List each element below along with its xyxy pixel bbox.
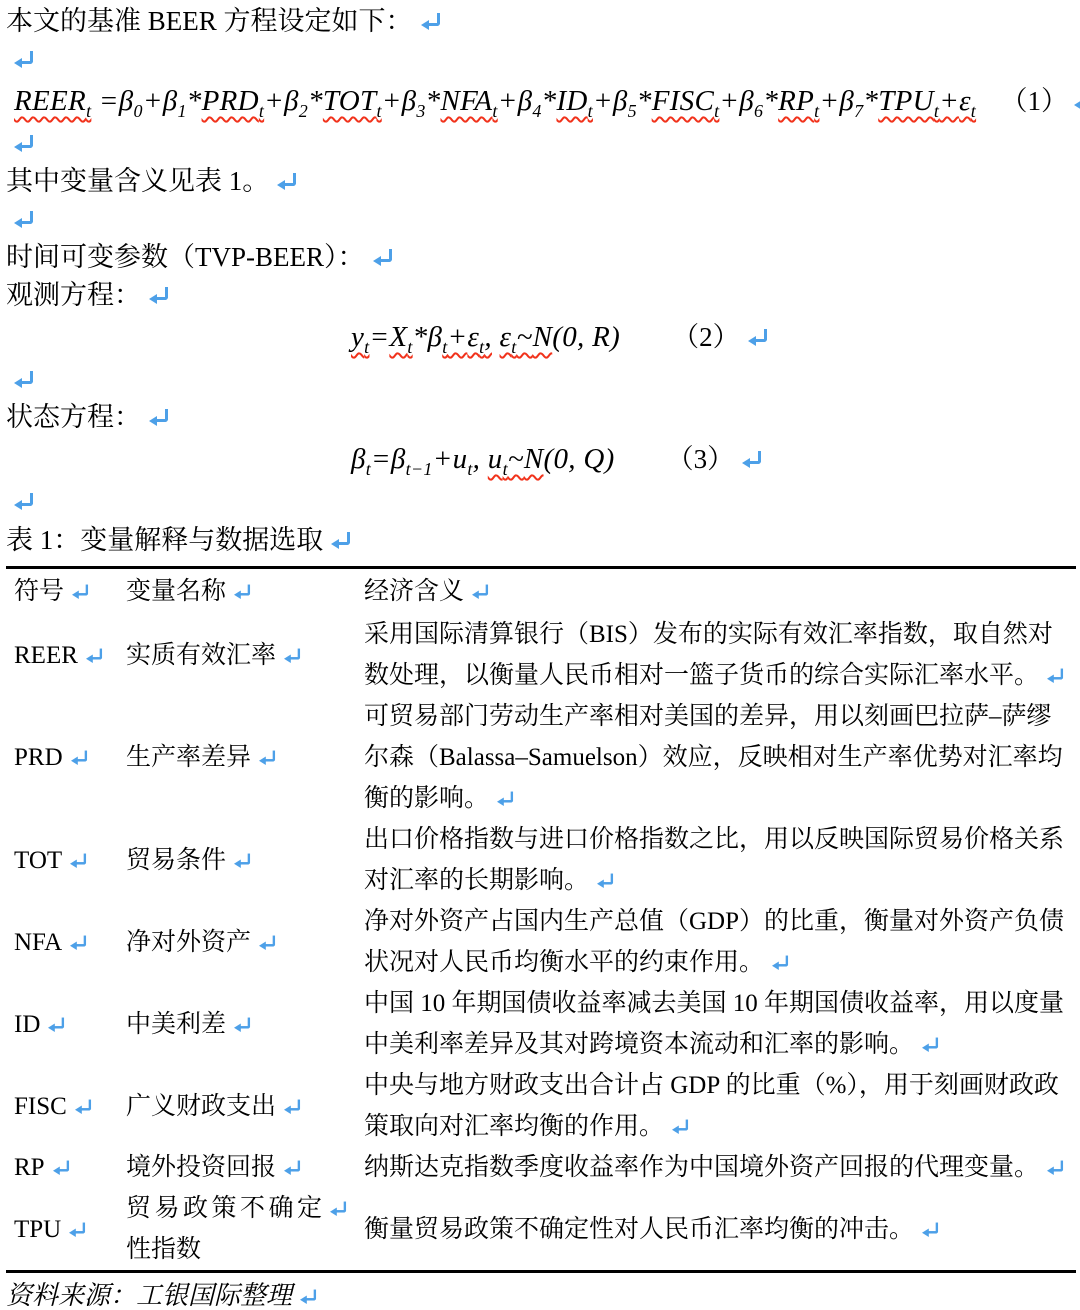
paragraph-mark-icon xyxy=(70,853,87,867)
equation-3-body: βt=βt−1+ut, ut~N(0, Q) xyxy=(351,436,615,482)
equation-3-number: （3） xyxy=(667,436,735,482)
paragraph-mark-icon xyxy=(300,1290,317,1304)
table-row: NFA 净对外资产 净对外资产占国内生产总值（GDP）的比重，衡量对外资产负债状… xyxy=(6,901,1076,983)
paragraph-mark-icon xyxy=(597,874,614,888)
symbol-cell: TPU xyxy=(6,1188,126,1272)
paragraph-mark-icon xyxy=(421,13,441,30)
paragraph-mark-icon xyxy=(14,493,34,510)
symbol-cell: NFA xyxy=(6,901,126,983)
paragraph-mark-icon xyxy=(14,51,34,68)
paragraph-mark-icon xyxy=(284,1099,301,1113)
paragraph-mark-icon xyxy=(234,1017,251,1031)
meaning-cell: 中央与地方财政支出合计占 GDP 的比重（%），用于刻画财政政策取向对汇率均衡的… xyxy=(364,1065,1076,1147)
paragraph-mark-icon xyxy=(70,935,87,949)
paragraph-mark-icon xyxy=(672,1120,689,1134)
symbol-cell: RP xyxy=(6,1147,126,1188)
meaning-cell: 净对外资产占国内生产总值（GDP）的比重，衡量对外资产负债状况对人民币均衡水平的… xyxy=(364,901,1076,983)
observation-label-text: 观测方程： xyxy=(6,280,141,310)
paragraph-mark-icon xyxy=(742,451,762,468)
paragraph-mark-icon xyxy=(72,585,89,599)
table-title: 表 1：变量解释与数据选取 xyxy=(6,520,1080,560)
equation-1-number: （1） xyxy=(1001,78,1069,124)
meaning-cell: 可贸易部门劳动生产率相对美国的差异，用以刻画巴拉萨–萨缪尔森（Balassa–S… xyxy=(364,696,1076,819)
empty-paragraph xyxy=(6,40,1080,78)
source-note: 资料来源：工银国际整理 xyxy=(6,1277,1080,1310)
equation-2: yt=Xt*βt+εt, εt~N(0, R) （2） xyxy=(6,314,1080,360)
paragraph-mark-icon xyxy=(284,648,301,662)
table-header-row: 符号 变量名称 经济含义 xyxy=(6,568,1076,615)
table-row: REER 实质有效汇率 采用国际清算银行（BIS）发布的实际有效汇率指数，取自然… xyxy=(6,614,1076,696)
paragraph-mark-icon xyxy=(331,532,351,549)
name-cell: 生产率差异 xyxy=(126,696,364,819)
header-name: 变量名称 xyxy=(126,568,364,615)
equation-3: βt=βt−1+ut, ut~N(0, Q) （3） xyxy=(6,436,1080,482)
name-cell: 中美利差 xyxy=(126,983,364,1065)
meaning-cell: 衡量贸易政策不确定性对人民币汇率均衡的冲击。 xyxy=(364,1188,1076,1272)
paragraph-mark-icon xyxy=(14,135,34,152)
paragraph-mark-icon xyxy=(53,1161,70,1175)
table-row: RP 境外投资回报 纳斯达克指数季度收益率作为中国境外资产回报的代理变量。 xyxy=(6,1147,1076,1188)
table-title-text: 表 1：变量解释与数据选取 xyxy=(6,525,323,555)
variables-table: 符号 变量名称 经济含义 REER 实质有效汇率 采用国际清算银行（BIS）发布… xyxy=(6,566,1076,1273)
paragraph-mark-icon xyxy=(48,1017,65,1031)
source-note-text: 资料来源：工银国际整理 xyxy=(6,1281,292,1310)
name-cell: 广义财政支出 xyxy=(126,1065,364,1147)
paragraph-mark-icon xyxy=(69,1222,86,1236)
name-cell: 净对外资产 xyxy=(126,901,364,983)
symbol-cell: PRD xyxy=(6,696,126,819)
name-cell: 实质有效汇率 xyxy=(126,614,364,696)
document-page: 本文的基准 BEER 方程设定如下： REERt =β0+β1*PRDt+β2*… xyxy=(0,0,1080,1310)
tvp-heading: 时间可变参数（TVP-BEER）： xyxy=(6,238,1080,276)
paragraph-mark-icon xyxy=(1074,93,1080,110)
paragraph-mark-icon xyxy=(330,1202,347,1216)
table-ref-text: 其中变量含义见表 1。 xyxy=(6,166,269,196)
intro-paragraph: 本文的基准 BEER 方程设定如下： xyxy=(6,2,1080,40)
meaning-cell: 中国 10 年期国债收益率减去美国 10 年期国债收益率，用以度量中美利率差异及… xyxy=(364,983,1076,1065)
paragraph-mark-icon xyxy=(14,371,34,388)
table-ref-paragraph: 其中变量含义见表 1。 xyxy=(6,162,1080,200)
table-row: FISC 广义财政支出 中央与地方财政支出合计占 GDP 的比重（%），用于刻画… xyxy=(6,1065,1076,1147)
paragraph-mark-icon xyxy=(149,287,169,304)
paragraph-mark-icon xyxy=(497,792,514,806)
paragraph-mark-icon xyxy=(277,173,297,190)
intro-text: 本文的基准 BEER 方程设定如下： xyxy=(6,6,413,36)
table-row: ID 中美利差 中国 10 年期国债收益率减去美国 10 年期国债收益率，用以度… xyxy=(6,983,1076,1065)
table-row: PRD 生产率差异 可贸易部门劳动生产率相对美国的差异，用以刻画巴拉萨–萨缪尔森… xyxy=(6,696,1076,819)
empty-paragraph xyxy=(6,360,1080,398)
tvp-heading-text: 时间可变参数（TVP-BEER）： xyxy=(6,242,365,272)
state-label: 状态方程： xyxy=(6,398,1080,436)
equation-2-body: yt=Xt*βt+εt, εt~N(0, R) xyxy=(351,314,620,360)
paragraph-mark-icon xyxy=(259,935,276,949)
symbol-cell: ID xyxy=(6,983,126,1065)
paragraph-mark-icon xyxy=(234,853,251,867)
meaning-cell: 出口价格指数与进口价格指数之比，用以反映国际贸易价格关系对汇率的长期影响。 xyxy=(364,819,1076,901)
name-cell: 境外投资回报 xyxy=(126,1147,364,1188)
table-row: TOT 贸易条件 出口价格指数与进口价格指数之比，用以反映国际贸易价格关系对汇率… xyxy=(6,819,1076,901)
symbol-cell: REER xyxy=(6,614,126,696)
paragraph-mark-icon xyxy=(284,1161,301,1175)
symbol-cell: TOT xyxy=(6,819,126,901)
empty-paragraph xyxy=(6,482,1080,520)
empty-paragraph xyxy=(6,124,1080,162)
paragraph-mark-icon xyxy=(748,329,768,346)
paragraph-mark-icon xyxy=(472,585,489,599)
meaning-cell: 纳斯达克指数季度收益率作为中国境外资产回报的代理变量。 xyxy=(364,1147,1076,1188)
paragraph-mark-icon xyxy=(14,211,34,228)
equation-2-number: （2） xyxy=(672,314,740,360)
paragraph-mark-icon xyxy=(75,1099,92,1113)
paragraph-mark-icon xyxy=(149,409,169,426)
equation-1-body: REERt =β0+β1*PRDt+β2*TOTt+β3*NFAt+β4*IDt… xyxy=(14,78,976,124)
paragraph-mark-icon xyxy=(259,751,276,765)
paragraph-mark-icon xyxy=(86,648,103,662)
paragraph-mark-icon xyxy=(71,751,88,765)
paragraph-mark-icon xyxy=(922,1222,939,1236)
name-cell: 贸易政策不确定性指数 xyxy=(126,1188,364,1272)
header-meaning: 经济含义 xyxy=(364,568,1076,615)
paragraph-mark-icon xyxy=(922,1038,939,1052)
paragraph-mark-icon xyxy=(1047,669,1064,683)
paragraph-mark-icon xyxy=(1047,1161,1064,1175)
table-row: TPU 贸易政策不确定性指数 衡量贸易政策不确定性对人民币汇率均衡的冲击。 xyxy=(6,1188,1076,1272)
meaning-cell: 采用国际清算银行（BIS）发布的实际有效汇率指数，取自然对数处理，以衡量人民币相… xyxy=(364,614,1076,696)
paragraph-mark-icon xyxy=(234,585,251,599)
header-symbol: 符号 xyxy=(6,568,126,615)
symbol-cell: FISC xyxy=(6,1065,126,1147)
paragraph-mark-icon xyxy=(772,956,789,970)
paragraph-mark-icon xyxy=(373,249,393,266)
state-label-text: 状态方程： xyxy=(6,402,141,432)
name-cell: 贸易条件 xyxy=(126,819,364,901)
empty-paragraph xyxy=(6,200,1080,238)
observation-label: 观测方程： xyxy=(6,276,1080,314)
equation-1: REERt =β0+β1*PRDt+β2*TOTt+β3*NFAt+β4*IDt… xyxy=(6,78,1080,124)
